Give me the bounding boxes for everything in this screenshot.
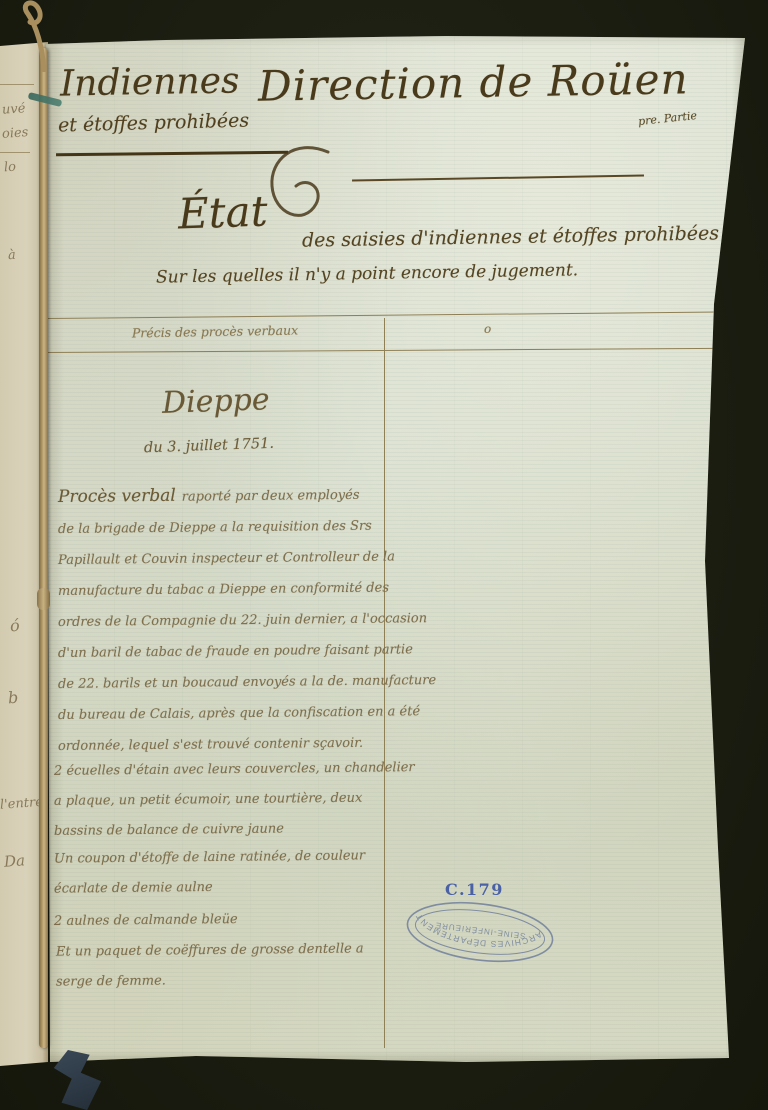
cord-knot [37, 588, 50, 610]
entry-paragraph: Et un paquet de coëffures de grosse dent… [56, 936, 364, 996]
entry-place: Dieppe [161, 382, 270, 421]
entry-line: de 22. barils et un boucaud envoyés a la… [58, 665, 436, 700]
title-underline [352, 174, 644, 181]
entry-paragraph: Un coupon d'étoffe de laine ratinée, de … [54, 843, 365, 903]
entry-line: ordres de la Compagnie du 22. juin derni… [58, 603, 436, 638]
entry-line-text: raporté par deux employés [182, 488, 360, 505]
cord-hook-icon [6, 0, 66, 72]
entry-line: écarlate de demie aulne [54, 871, 365, 904]
archive-scan: { "page": { "header_block": { "line1": "… [0, 0, 768, 1110]
title-annotation: pre. Partie [637, 109, 697, 128]
entry-line: d'un baril de tabac de fraude en poudre … [58, 634, 436, 669]
page-title: Direction de Roüen [258, 54, 689, 111]
subtitle-lead: État [177, 186, 268, 238]
entry-line: 2 écuelles d'étain avec leurs couvercles… [54, 753, 415, 787]
category-underline [56, 151, 288, 156]
entry-line: Et un paquet de coëffures de grosse dent… [56, 934, 364, 967]
entry-line: manufacture du tabac a Dieppe en conform… [58, 572, 436, 607]
entry-line: serge de femme. [56, 964, 364, 997]
right-column-mark: o [484, 322, 491, 336]
entry-date: du 3. juillet 1751. [144, 436, 274, 457]
manuscript-page: Indiennes et étoffes prohibées Direction… [46, 36, 746, 1062]
category-title: Indiennes [60, 60, 240, 104]
margin-text-fragment: b [7, 688, 19, 708]
entry-line: 2 aulnes de calmande bleüe [54, 905, 238, 937]
margin-text-fragment: à [7, 248, 16, 264]
column-header: Précis des procès verbaux [110, 322, 320, 341]
entry-paragraph: 2 écuelles d'étain avec leurs couvercles… [54, 755, 415, 845]
table-header-rule [46, 348, 718, 353]
margin-text-fragment: ó [9, 616, 20, 636]
cote-stamp: C.179 [445, 880, 504, 899]
entry-line: du bureau de Calais, après que la confis… [58, 696, 436, 731]
margin-text-fragment: oies [2, 125, 29, 142]
subtitle-rest: des saisies d'indiennes et étoffes prohi… [302, 222, 719, 251]
calligraphic-flourish-icon [264, 144, 334, 240]
entry-line: a plaque, un petit écumoir, une tourtièr… [54, 783, 415, 817]
entry-line: Procès verbalraporté par deux employés [58, 478, 436, 514]
margin-text-fragment: lo [3, 160, 16, 176]
entry-paragraph: Procès verbalraporté par deux employés d… [58, 480, 436, 760]
margin-text-fragment: Da [3, 851, 25, 870]
entry-line: Papillault et Couvin inspecteur et Contr… [58, 541, 436, 576]
binding-cord [39, 48, 48, 1048]
subtitle-line2: Sur les quelles il n'y a point encore de… [156, 260, 578, 287]
entry-paragraph: 2 aulnes de calmande bleüe [54, 906, 238, 936]
category-subtitle: et étoffes prohibées [58, 110, 250, 137]
entry-line: Un coupon d'étoffe de laine ratinée, de … [54, 841, 365, 874]
entry-lead-words: Procès verbal [58, 486, 176, 507]
archive-stamp-icon: ARCHIVES DÉPARTEMENTALES SEINE-INFÉRIEUR… [401, 893, 559, 971]
archive-oval-stamp: ARCHIVES DÉPARTEMENTALES SEINE-INFÉRIEUR… [401, 893, 559, 971]
margin-text-fragment: uvé [2, 101, 26, 118]
margin-rule-fragment [0, 84, 34, 85]
margin-rule-fragment [0, 152, 30, 153]
entry-line: de la brigade de Dieppe a la requisition… [58, 510, 436, 545]
table-top-rule [46, 312, 718, 319]
